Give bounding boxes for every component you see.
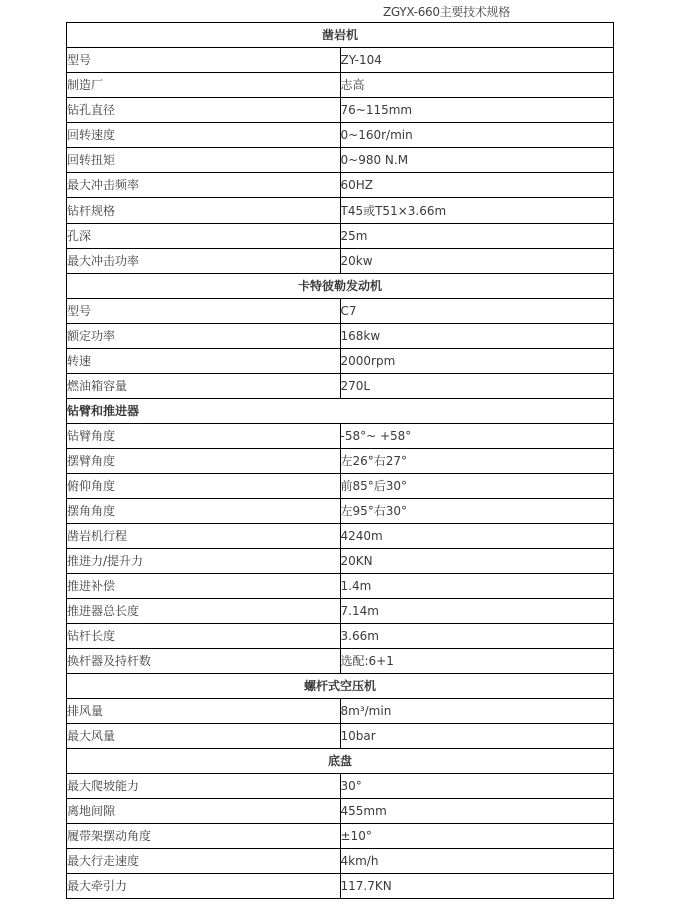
spec-value: ±10° (340, 824, 614, 849)
table-row: 推进补偿1.4m (67, 574, 614, 599)
spec-value: 270L (340, 374, 614, 399)
spec-value: 1.4m (340, 574, 614, 599)
table-row: 摆臂角度左26°右27° (67, 449, 614, 474)
spec-label: 型号 (67, 48, 341, 73)
spec-label: 俯仰角度 (67, 474, 341, 499)
spec-label: 钻孔直径 (67, 98, 341, 123)
spec-value: 30° (340, 774, 614, 799)
spec-label: 推进补偿 (67, 574, 341, 599)
spec-value: T45或T51×3.66m (340, 198, 614, 224)
section-header-row: 钻臂和推进器 (67, 399, 614, 424)
table-row: 凿岩机行程4240m (67, 524, 614, 549)
spec-label: 换杆器及持杆数 (67, 649, 341, 674)
spec-value: 20kw (340, 249, 614, 274)
spec-value: 前85°后30° (340, 474, 614, 499)
spec-label: 燃油箱容量 (67, 374, 341, 399)
table-row: 履带架摆动角度±10° (67, 824, 614, 849)
table-row: 俯仰角度前85°后30° (67, 474, 614, 499)
table-row: 钻杆长度3.66m (67, 624, 614, 649)
section-header-row: 螺杆式空压机 (67, 674, 614, 699)
section-heading: 卡特彼勒发动机 (67, 274, 614, 299)
table-row: 最大风量10bar (67, 724, 614, 749)
spec-value: 76~115mm (340, 98, 614, 123)
spec-label: 摆角角度 (67, 499, 341, 524)
table-row: 回转扭矩0~980 N.M (67, 148, 614, 173)
spec-label: 型号 (67, 299, 341, 324)
spec-table-body: 凿岩机型号ZY-104制造厂志高钻孔直径76~115mm回转速度0~160r/m… (67, 23, 614, 899)
section-heading: 钻臂和推进器 (67, 399, 614, 424)
table-row: 推进力/提升力20KN (67, 549, 614, 574)
spec-value: -58°~ +58° (340, 424, 614, 449)
spec-value: 2000rpm (340, 349, 614, 374)
spec-value: 3.66m (340, 624, 614, 649)
spec-value: C7 (340, 299, 614, 324)
table-row: 钻杆规格T45或T51×3.66m (67, 198, 614, 224)
table-row: 转速2000rpm (67, 349, 614, 374)
spec-label: 最大冲击功率 (67, 249, 341, 274)
spec-value: 8m³/min (340, 699, 614, 724)
table-row: 孔深25m (67, 224, 614, 249)
spec-value: 20KN (340, 549, 614, 574)
section-header-row: 卡特彼勒发动机 (67, 274, 614, 299)
spec-label: 排风量 (67, 699, 341, 724)
spec-table: 凿岩机型号ZY-104制造厂志高钻孔直径76~115mm回转速度0~160r/m… (66, 22, 614, 899)
spec-value: 左95°右30° (340, 499, 614, 524)
table-row: 最大冲击功率20kw (67, 249, 614, 274)
table-row: 额定功率168kw (67, 324, 614, 349)
spec-value: 455mm (340, 799, 614, 824)
spec-label: 钻杆长度 (67, 624, 341, 649)
section-header-row: 凿岩机 (67, 23, 614, 48)
table-row: 推进器总长度7.14m (67, 599, 614, 624)
table-row: 制造厂志高 (67, 73, 614, 98)
page-title: ZGYX-660主要技术规格 (383, 3, 510, 20)
spec-label: 最大行走速度 (67, 849, 341, 874)
spec-label: 制造厂 (67, 73, 341, 98)
spec-value: 7.14m (340, 599, 614, 624)
spec-value: 168kw (340, 324, 614, 349)
spec-value: 4240m (340, 524, 614, 549)
spec-label: 钻臂角度 (67, 424, 341, 449)
spec-label: 额定功率 (67, 324, 341, 349)
spec-label: 最大风量 (67, 724, 341, 749)
section-heading: 螺杆式空压机 (67, 674, 614, 699)
table-row: 摆角角度左95°右30° (67, 499, 614, 524)
table-row: 最大牵引力117.7KN (67, 874, 614, 899)
table-row: 换杆器及持杆数选配:6+1 (67, 649, 614, 674)
spec-value: 选配:6+1 (340, 649, 614, 674)
spec-value: 117.7KN (340, 874, 614, 899)
table-row: 最大行走速度4km/h (67, 849, 614, 874)
spec-label: 最大爬坡能力 (67, 774, 341, 799)
spec-label: 摆臂角度 (67, 449, 341, 474)
section-heading: 凿岩机 (67, 23, 614, 48)
table-row: 型号ZY-104 (67, 48, 614, 73)
table-row: 回转速度0~160r/min (67, 123, 614, 148)
table-row: 排风量8m³/min (67, 699, 614, 724)
spec-value: 25m (340, 224, 614, 249)
spec-value: 4km/h (340, 849, 614, 874)
spec-value: 0~160r/min (340, 123, 614, 148)
spec-label: 回转速度 (67, 123, 341, 148)
spec-label: 钻杆规格 (67, 198, 341, 224)
section-header-row: 底盘 (67, 749, 614, 774)
table-row: 钻臂角度-58°~ +58° (67, 424, 614, 449)
table-row: 钻孔直径76~115mm (67, 98, 614, 123)
spec-value: 10bar (340, 724, 614, 749)
spec-label: 转速 (67, 349, 341, 374)
spec-label: 离地间隙 (67, 799, 341, 824)
spec-label: 最大冲击频率 (67, 173, 341, 198)
spec-value: 0~980 N.M (340, 148, 614, 173)
table-row: 最大冲击频率60HZ (67, 173, 614, 198)
table-row: 型号C7 (67, 299, 614, 324)
table-row: 燃油箱容量270L (67, 374, 614, 399)
section-heading: 底盘 (67, 749, 614, 774)
spec-value: 志高 (340, 73, 614, 98)
spec-label: 履带架摆动角度 (67, 824, 341, 849)
spec-label: 推进器总长度 (67, 599, 341, 624)
spec-label: 孔深 (67, 224, 341, 249)
spec-label: 最大牵引力 (67, 874, 341, 899)
spec-value: ZY-104 (340, 48, 614, 73)
spec-label: 凿岩机行程 (67, 524, 341, 549)
table-row: 离地间隙455mm (67, 799, 614, 824)
spec-value: 左26°右27° (340, 449, 614, 474)
spec-value: 60HZ (340, 173, 614, 198)
spec-label: 回转扭矩 (67, 148, 341, 173)
table-row: 最大爬坡能力30° (67, 774, 614, 799)
spec-label: 推进力/提升力 (67, 549, 341, 574)
